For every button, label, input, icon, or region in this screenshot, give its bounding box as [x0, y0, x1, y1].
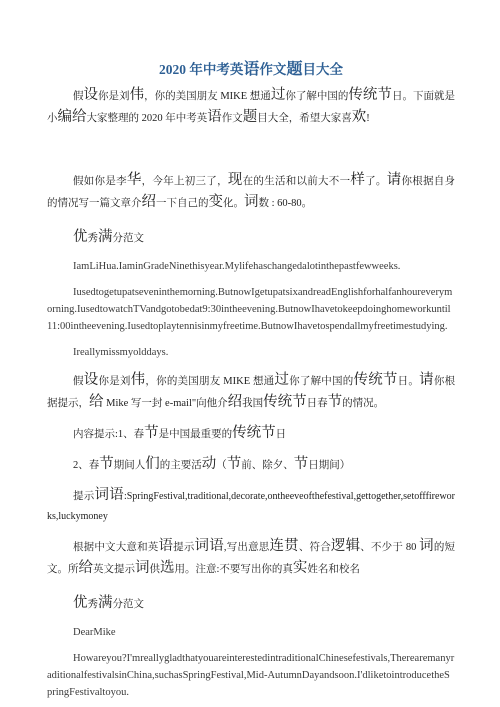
text-run: 给	[72, 109, 87, 125]
model-essay-heading-2: 优秀满分范文	[47, 593, 455, 615]
text-run: 秀	[88, 599, 99, 610]
text-run: 根据中文大意和英	[73, 542, 158, 553]
text-run: 作文	[259, 62, 286, 77]
text-run: 是中国最重要的	[159, 429, 233, 440]
text-run: 数 : 60-80。	[259, 198, 313, 209]
text-run: 节	[294, 456, 309, 472]
text-run: 提示	[73, 491, 94, 502]
text-run: 假	[73, 376, 84, 387]
text-run: 节	[99, 456, 114, 472]
text-run: 你是刘	[98, 376, 130, 387]
text-run: 语	[243, 61, 259, 78]
essay1-body: Iusedtogetupatseveninthemorning.ButnowIg…	[47, 284, 455, 335]
intro-paragraph: 假设你是刘伟，你的美国朋友 MIKE 想通过你了解中国的传统节日。下面就是小编给…	[47, 85, 455, 129]
text-run: 日	[276, 429, 287, 440]
text-run: 前、除夕、	[241, 460, 294, 471]
text-run: 作文	[222, 113, 243, 124]
text-run: 请	[419, 372, 434, 388]
content-hint-2: 2、春节期间人们的主要活动（节前、除夕、节日期间）	[47, 454, 455, 476]
text-run: 题	[243, 109, 258, 125]
text-run: 设	[84, 372, 99, 388]
text-run: 秀	[88, 233, 99, 244]
text-run: 传统节	[232, 425, 276, 441]
model-essay-heading-1: 优秀满分范文	[47, 227, 455, 249]
text-run: 假如你是李	[73, 176, 127, 187]
text-run: 语	[158, 538, 173, 554]
text-run: 传统节	[348, 87, 392, 103]
text-run: 分范文	[113, 599, 145, 610]
text-run: 内容提示:1、春	[73, 429, 144, 440]
text-run: 欢	[352, 109, 367, 125]
text-run: 设	[84, 87, 99, 103]
text-run: 伟	[131, 372, 146, 388]
text-run: 语	[109, 487, 124, 503]
text-run: 选	[160, 560, 175, 576]
text-run: 传统节	[263, 394, 307, 410]
text-run: 姓名和校名	[307, 564, 360, 575]
text-run: 们	[145, 456, 160, 472]
text-run: 提示	[173, 542, 194, 553]
text-run: 2、春	[73, 460, 99, 471]
text-run: 词	[94, 487, 109, 503]
text-run: 的情况。	[342, 398, 384, 409]
text-run: 过	[274, 372, 289, 388]
text-run: 日春	[307, 398, 328, 409]
text-run: 目大全，希望大家喜	[257, 113, 352, 124]
text-run: 假	[73, 91, 84, 102]
text-run: 满	[98, 595, 113, 611]
text-run: 在的生活和以前大不一	[243, 176, 351, 187]
text-run: 过	[271, 87, 286, 103]
text-run: 期间人	[114, 460, 146, 471]
text-run: 用。注意:不要写出你的真	[175, 564, 293, 575]
text-run: 给	[79, 560, 94, 576]
text-run: 你了解中国的	[285, 91, 348, 102]
text-run: ，你的美国朋友 MIKE 想通	[145, 376, 274, 387]
text-run: 大家整理的 2020 年中考英	[87, 113, 208, 124]
text-run: 变	[209, 194, 224, 210]
text-run: 优	[73, 595, 88, 611]
text-run: 实	[293, 560, 308, 576]
text-run: 你了解中国的	[289, 376, 353, 387]
content-hint-1: 内容提示:1、春节是中国最重要的传统节日	[47, 423, 455, 445]
text-run: （	[216, 460, 227, 471]
text-run: Mike 写一封 e-mail"向他介	[104, 398, 228, 409]
prompt2-festival-paragraph: 假设你是刘伟，你的美国朋友 MIKE 想通过你了解中国的传统节日。请你根据提示，…	[47, 370, 455, 414]
text-run: 伟	[130, 87, 145, 103]
text-run: !	[366, 113, 370, 124]
text-run: 逻辑	[331, 538, 360, 554]
text-run: 动	[202, 456, 217, 472]
text-run: 现	[228, 172, 243, 188]
text-run: 2020 年中考英	[159, 62, 243, 77]
text-run: 题	[286, 61, 302, 78]
hint-words-paragraph: 提示词语:SpringFestival,traditional,decorate…	[47, 485, 455, 527]
document-title: 2020 年中考英语作文题目大全	[47, 60, 455, 79]
essay1-intro: IamLiHua.IaminGradeNinethisyear.Mylifeha…	[47, 258, 455, 275]
text-run: ，今年上初三了，	[142, 176, 228, 187]
document-page: 2020 年中考英语作文题目大全 假设你是刘伟，你的美国朋友 MIKE 想通过你…	[0, 0, 500, 707]
text-run: 化。	[223, 198, 244, 209]
document-body: 假设你是刘伟，你的美国朋友 MIKE 想通过你了解中国的传统节日。下面就是小编给…	[47, 85, 455, 701]
text-run: 分范文	[113, 233, 145, 244]
text-run: 日。	[398, 376, 419, 387]
text-run: 你是刘	[98, 91, 130, 102]
text-run: 英文提示	[93, 564, 135, 575]
text-run: 了。	[365, 176, 387, 187]
text-run: 词	[244, 194, 259, 210]
text-run: 优	[73, 229, 88, 245]
text-run: 请	[387, 172, 402, 188]
text-run: 绍	[142, 194, 157, 210]
text-run: 目大全	[302, 62, 343, 77]
text-run: 语	[207, 109, 222, 125]
text-run: 词	[419, 538, 434, 554]
prompt1-change-paragraph: 假如你是李华，今年上初三了，现在的生活和以前大不一样了。请你根据自身的情况写一篇…	[47, 170, 455, 214]
text-run: ，你的美国朋友 MIKE 想通	[144, 91, 271, 102]
text-run: 词语	[195, 538, 224, 554]
text-run: 绍	[228, 394, 243, 410]
text-run: 词	[135, 560, 150, 576]
text-run: 日期间）	[308, 460, 350, 471]
blank-lines-1	[47, 138, 455, 170]
essay1-closing: Ireallymissmyolddays.	[47, 344, 455, 361]
salutation-dear-mike: DearMike	[47, 624, 455, 641]
text-run: 传统节	[353, 372, 397, 388]
text-run: 节	[328, 394, 343, 410]
text-run: 的主要活	[160, 460, 202, 471]
text-run: 节	[144, 425, 159, 441]
text-run: 一下自己的	[156, 198, 209, 209]
text-run: 、不少于 80	[360, 542, 419, 553]
text-run: 节	[227, 456, 242, 472]
text-run: 给	[89, 394, 104, 410]
text-run: 华	[127, 172, 142, 188]
text-run: 供	[150, 564, 161, 575]
text-run: 编	[58, 109, 73, 125]
text-run: 样	[350, 172, 365, 188]
text-run: 我国	[242, 398, 263, 409]
text-run: 满	[98, 229, 113, 245]
document-content: 2020 年中考英语作文题目大全 假设你是刘伟，你的美国朋友 MIKE 想通过你…	[0, 0, 500, 701]
text-run: ,写出意思	[224, 542, 270, 553]
text-run: 、符合	[299, 542, 331, 553]
text-run: 连贯	[269, 538, 298, 554]
essay2-body: Howareyou?I'mreallygladthatyouareinteres…	[47, 650, 455, 701]
requirements-paragraph: 根据中文大意和英语提示词语,写出意思连贯、符合逻辑、不少于 80 词的短文。所给…	[47, 536, 455, 580]
